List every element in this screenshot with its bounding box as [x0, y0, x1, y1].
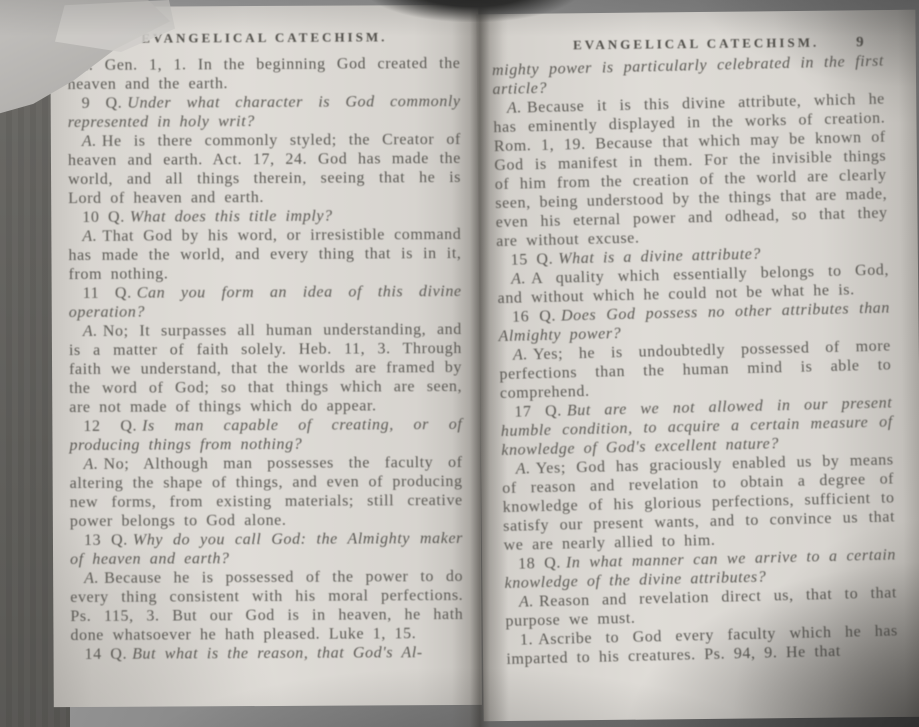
paragraph: 10 Q.What does this title imply? — [68, 206, 461, 227]
paragraph: 13 Q.Why do you call God: the Almighty m… — [70, 529, 463, 569]
paragraph-lead: 12 Q. — [83, 418, 142, 435]
paragraph-text: That God by his word, or irresistible co… — [68, 226, 461, 283]
paragraph: 17 Q.But are we not allowed in our prese… — [500, 393, 893, 460]
paragraph-text: Yes; God has graciously enabled us by me… — [502, 451, 895, 554]
paragraph-lead: 18 Q. — [518, 554, 566, 572]
paragraph-lead: A. — [82, 133, 102, 150]
paragraph: 1.Ascribe to God every faculty which he … — [506, 621, 899, 669]
paragraph-lead: 13 Q. — [84, 532, 133, 549]
paragraph: ted. Gen. 1, 1. In the beginning God cre… — [67, 54, 460, 94]
paragraph: A.Because he is possessed of the power t… — [70, 567, 463, 645]
paragraph: 14 Q.But what is the reason, that God's … — [71, 643, 464, 664]
page-number-right: 9 — [856, 34, 864, 51]
binding-shadow — [362, 0, 584, 22]
page-text-left: ted. Gen. 1, 1. In the beginning God cre… — [67, 54, 463, 664]
paragraph-lead: 17 Q. — [514, 402, 567, 420]
paragraph-text: Under what character is God commonly rep… — [68, 93, 461, 131]
paragraph-lead: A. — [511, 270, 531, 287]
paragraph: A.Yes; God has graciously enabled us by … — [502, 450, 896, 555]
paragraph-lead: A. — [83, 323, 103, 340]
paragraph: A.Yes; he is undoubtedly possessed of mo… — [499, 336, 892, 403]
paragraph-text: ted. Gen. 1, 1. In the beginning God cre… — [67, 55, 460, 93]
paragraph-lead: A. — [84, 570, 104, 587]
paragraph-text: What does this title imply? — [130, 208, 333, 226]
paragraph-lead: A. — [82, 228, 102, 245]
paragraph-lead: 14 Q. — [85, 646, 133, 663]
page-right: EVANGELICAL CATECHISM. 9 mighty power is… — [476, 10, 919, 722]
paragraph: 9 Q.Under what character is God commonly… — [68, 92, 461, 132]
running-title-right: EVANGELICAL CATECHISM. — [573, 35, 819, 54]
paragraph-text: But what is the reason, that God's Al- — [132, 644, 423, 663]
paragraph-lead: 1. — [520, 631, 539, 648]
page-left: 8 EVANGELICAL CATECHISM. ted. Gen. 1, 1.… — [50, 5, 482, 707]
paragraph: A.He is there commonly styled; the Creat… — [68, 130, 461, 208]
paragraph-lead: 11 Q. — [83, 285, 137, 302]
paragraph-text: Because he is possessed of the power to … — [70, 568, 463, 644]
paragraph: A.No; Although man possesses the faculty… — [70, 453, 463, 531]
paragraph-lead: 10 Q. — [82, 209, 130, 226]
paragraph-text: No; It surpasses all human understanding… — [69, 321, 462, 416]
paragraph-lead: A. — [507, 99, 527, 116]
paragraph-lead: 16 Q. — [512, 308, 561, 326]
paragraph-text: Because it is this divine attribute, whi… — [493, 91, 888, 251]
paragraph-lead: A. — [516, 460, 536, 477]
paragraph: 11 Q.Can you form an idea of this divine… — [69, 282, 462, 322]
book-photo: 8 EVANGELICAL CATECHISM. ted. Gen. 1, 1.… — [0, 0, 919, 727]
paragraph-text: Ascribe to God every faculty which he ha… — [506, 622, 898, 668]
paragraph-lead: A. — [84, 456, 104, 473]
paragraph: 12 Q.Is man capable of creating, or of p… — [69, 415, 462, 455]
running-title-left: EVANGELICAL CATECHISM. — [141, 29, 387, 46]
paragraph-text: He is there commonly styled; the Creator… — [68, 131, 461, 207]
paragraph-lead: 9 Q. — [82, 95, 128, 112]
paragraph-lead: A. — [513, 346, 533, 363]
paragraph-lead: A. — [519, 593, 539, 610]
paragraph-lead: 15 Q. — [510, 251, 558, 269]
paragraph-text: No; Although man possesses the faculty o… — [70, 454, 463, 530]
paragraph: A.No; It surpasses all human understandi… — [69, 320, 462, 417]
gutter-shadow — [452, 0, 508, 727]
paragraph: A.That God by his word, or irresistible … — [68, 225, 461, 284]
paragraph-text: Yes; he is undoubtedly possessed of more… — [499, 337, 891, 402]
paragraph: A.Because it is this divine attribute, w… — [493, 90, 889, 252]
page-text-right: mighty power is particularly celebrated … — [492, 52, 899, 669]
